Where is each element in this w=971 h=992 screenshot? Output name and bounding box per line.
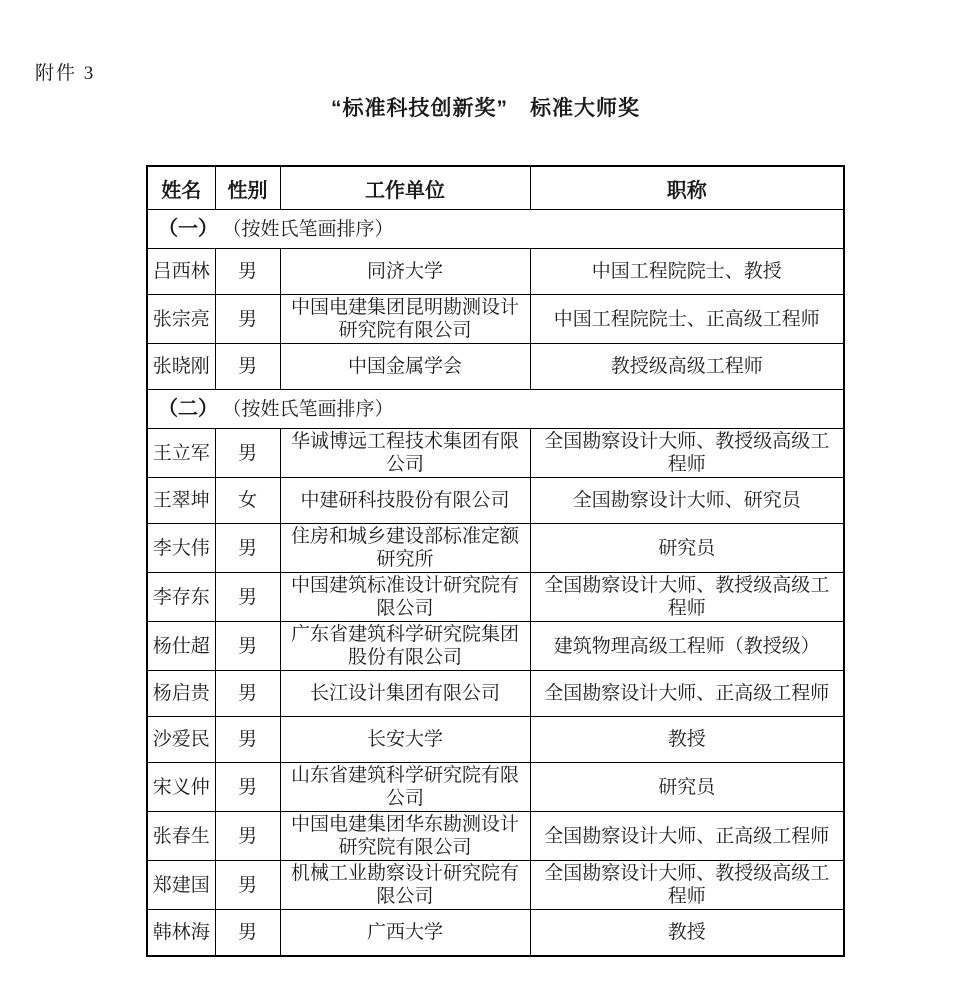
section-cell: （二）（按姓氏笔画排序）: [147, 390, 844, 429]
gender-cell: 男: [215, 671, 280, 717]
organization-cell: 广东省建筑科学研究院集团 股份有限公司: [280, 622, 530, 671]
job-title-cell: 全国勘察设计大师、教授级高级工 程师: [530, 429, 844, 478]
gender-cell: 男: [215, 910, 280, 956]
table-row: 沙爱民男长安大学教授: [147, 717, 844, 763]
gender-cell: 男: [215, 295, 280, 344]
job-title-cell: 中国工程院院士、教授: [530, 249, 844, 295]
organization-cell: 中国电建集团昆明勘测设计 研究院有限公司: [280, 295, 530, 344]
job-title-cell: 教授: [530, 717, 844, 763]
table-row: 王立军男华诚博远工程技术集团有限 公司全国勘察设计大师、教授级高级工 程师: [147, 429, 844, 478]
name-cell: 吕西林: [147, 249, 215, 295]
table-body: （一）（按姓氏笔画排序）吕西林男同济大学中国工程院院士、教授张宗亮男中国电建集团…: [147, 210, 844, 956]
job-title-cell: 研究员: [530, 524, 844, 573]
header-name: 姓名: [147, 166, 215, 210]
name-cell: 王翠坤: [147, 478, 215, 524]
section-note: （按姓氏笔画排序）: [232, 219, 394, 240]
job-title-cell: 教授级高级工程师: [530, 344, 844, 390]
table-row: 杨启贵男长江设计集团有限公司全国勘察设计大师、正高级工程师: [147, 671, 844, 717]
table-row: 吕西林男同济大学中国工程院院士、教授: [147, 249, 844, 295]
gender-cell: 男: [215, 249, 280, 295]
job-title-cell: 全国勘察设计大师、教授级高级工 程师: [530, 573, 844, 622]
job-title-cell: 教授: [530, 910, 844, 956]
table-row: 张晓刚男中国金属学会教授级高级工程师: [147, 344, 844, 390]
table-row: 韩林海男广西大学教授: [147, 910, 844, 956]
gender-cell: 女: [215, 478, 280, 524]
organization-cell: 山东省建筑科学研究院有限 公司: [280, 763, 530, 812]
gender-cell: 男: [215, 344, 280, 390]
name-cell: 郑建国: [147, 861, 215, 910]
organization-cell: 同济大学: [280, 249, 530, 295]
name-cell: 杨仕超: [147, 622, 215, 671]
table-row: 张春生男中国电建集团华东勘测设计 研究院有限公司全国勘察设计大师、正高级工程师: [147, 812, 844, 861]
job-title-cell: 全国勘察设计大师、教授级高级工 程师: [530, 861, 844, 910]
gender-cell: 男: [215, 524, 280, 573]
table-row: 李大伟男住房和城乡建设部标准定额 研究所研究员: [147, 524, 844, 573]
name-cell: 王立军: [147, 429, 215, 478]
table-row: 宋义仲男山东省建筑科学研究院有限 公司研究员: [147, 763, 844, 812]
organization-cell: 中国电建集团华东勘测设计 研究院有限公司: [280, 812, 530, 861]
header-gender: 性别: [215, 166, 280, 210]
section-row: （二）（按姓氏笔画排序）: [147, 390, 844, 429]
table-header-row: 姓名 性别 工作单位 职称: [147, 166, 844, 210]
job-title-cell: 中国工程院院士、正高级工程师: [530, 295, 844, 344]
header-organization: 工作单位: [280, 166, 530, 210]
gender-cell: 男: [215, 812, 280, 861]
page-title: “标准科技创新奖” 标准大师奖: [0, 92, 971, 122]
organization-cell: 机械工业勘察设计研究院有 限公司: [280, 861, 530, 910]
name-cell: 李大伟: [147, 524, 215, 573]
organization-cell: 住房和城乡建设部标准定额 研究所: [280, 524, 530, 573]
gender-cell: 男: [215, 429, 280, 478]
section-label: （二）: [158, 398, 218, 420]
organization-cell: 长江设计集团有限公司: [280, 671, 530, 717]
organization-cell: 中国建筑标准设计研究院有 限公司: [280, 573, 530, 622]
name-cell: 韩林海: [147, 910, 215, 956]
section-label: （一）: [158, 218, 218, 240]
job-title-cell: 建筑物理高级工程师（教授级）: [530, 622, 844, 671]
table-row: 王翠坤女中建研科技股份有限公司全国勘察设计大师、研究员: [147, 478, 844, 524]
name-cell: 张宗亮: [147, 295, 215, 344]
gender-cell: 男: [215, 573, 280, 622]
name-cell: 李存东: [147, 573, 215, 622]
gender-cell: 男: [215, 717, 280, 763]
job-title-cell: 全国勘察设计大师、正高级工程师: [530, 812, 844, 861]
table-row: 张宗亮男中国电建集团昆明勘测设计 研究院有限公司中国工程院院士、正高级工程师: [147, 295, 844, 344]
name-cell: 张春生: [147, 812, 215, 861]
gender-cell: 男: [215, 622, 280, 671]
organization-cell: 华诚博远工程技术集团有限 公司: [280, 429, 530, 478]
organization-cell: 中国金属学会: [280, 344, 530, 390]
organization-cell: 广西大学: [280, 910, 530, 956]
section-cell: （一）（按姓氏笔画排序）: [147, 210, 844, 249]
name-cell: 沙爱民: [147, 717, 215, 763]
name-cell: 杨启贵: [147, 671, 215, 717]
attachment-label: 附件 3: [35, 58, 95, 85]
gender-cell: 男: [215, 763, 280, 812]
header-job-title: 职称: [530, 166, 844, 210]
section-row: （一）（按姓氏笔画排序）: [147, 210, 844, 249]
organization-cell: 长安大学: [280, 717, 530, 763]
table-row: 郑建国男机械工业勘察设计研究院有 限公司全国勘察设计大师、教授级高级工 程师: [147, 861, 844, 910]
job-title-cell: 研究员: [530, 763, 844, 812]
table-row: 杨仕超男广东省建筑科学研究院集团 股份有限公司建筑物理高级工程师（教授级）: [147, 622, 844, 671]
organization-cell: 中建研科技股份有限公司: [280, 478, 530, 524]
job-title-cell: 全国勘察设计大师、正高级工程师: [530, 671, 844, 717]
table-row: 李存东男中国建筑标准设计研究院有 限公司全国勘察设计大师、教授级高级工 程师: [147, 573, 844, 622]
award-table: 姓名 性别 工作单位 职称 （一）（按姓氏笔画排序）吕西林男同济大学中国工程院院…: [146, 165, 845, 957]
gender-cell: 男: [215, 861, 280, 910]
job-title-cell: 全国勘察设计大师、研究员: [530, 478, 844, 524]
name-cell: 张晓刚: [147, 344, 215, 390]
section-note: （按姓氏笔画排序）: [232, 399, 394, 420]
name-cell: 宋义仲: [147, 763, 215, 812]
